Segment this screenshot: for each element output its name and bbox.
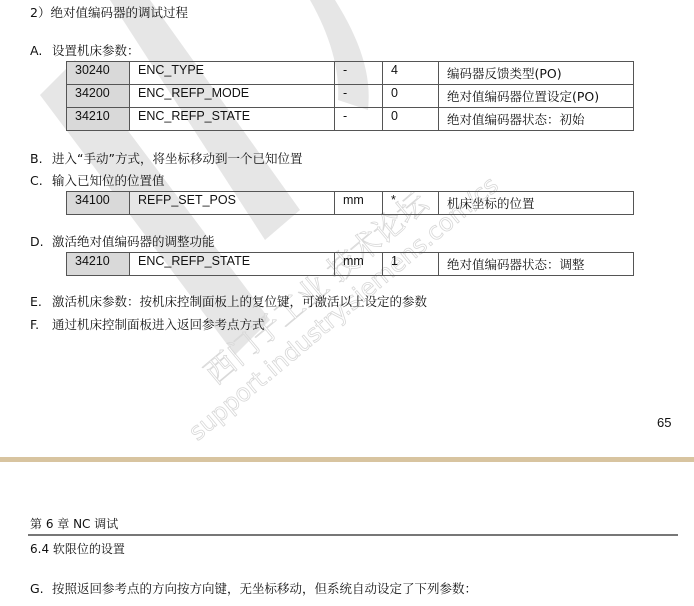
step-label: C. — [30, 173, 52, 189]
param-row: 34210ENC_REFP_STATEmm1绝对值编码器状态：调整 — [67, 253, 634, 276]
step-text: 激活机床参数：按机床控制面板上的复位键，可激活以上设定的参数 — [52, 294, 427, 309]
param-row: 34100REFP_SET_POSmm*机床坐标的位置 — [67, 192, 634, 215]
page-separator — [0, 457, 694, 462]
step-label: D. — [30, 234, 52, 250]
step-a: A.设置机床参数： — [30, 43, 140, 59]
param-table-d: 34210ENC_REFP_STATEmm1绝对值编码器状态：调整 — [66, 252, 634, 276]
page-number: 65 — [657, 415, 671, 430]
param-description: 机床坐标的位置 — [439, 192, 634, 215]
param-unit: mm — [335, 192, 383, 215]
param-description: 绝对值编码器状态：初始 — [439, 108, 634, 131]
subsection-header: 6.4 软限位的设置 — [30, 540, 125, 557]
param-unit: - — [335, 108, 383, 131]
param-value: * — [383, 192, 439, 215]
param-value: 1 — [383, 253, 439, 276]
watermark-text: 西门子工业 技术论坛 support.industry.siemens.com/… — [170, 91, 504, 401]
step-b: B.进入“手动”方式，将坐标移动到一个已知位置 — [30, 151, 302, 167]
param-name: ENC_REFP_STATE — [130, 253, 335, 276]
step-g: G.按照返回参考点的方向按方向键，无坐标移动，但系统自动设定了下列参数： — [30, 581, 477, 597]
step-d: D.激活绝对值编码器的调整功能 — [30, 234, 215, 250]
param-name: ENC_REFP_STATE — [130, 108, 335, 131]
param-description: 绝对值编码器位置设定(PO) — [439, 85, 634, 108]
param-table-a: 30240ENC_TYPE-4编码器反馈类型(PO)34200ENC_REFP_… — [66, 61, 634, 131]
param-name: ENC_REFP_MODE — [130, 85, 335, 108]
param-value: 0 — [383, 85, 439, 108]
param-unit: - — [335, 62, 383, 85]
param-name: ENC_TYPE — [130, 62, 335, 85]
step-text: 激活绝对值编码器的调整功能 — [52, 234, 215, 249]
param-row: 34200ENC_REFP_MODE-0绝对值编码器位置设定(PO) — [67, 85, 634, 108]
step-text: 输入已知位的位置值 — [52, 173, 165, 188]
step-text: 设置机床参数： — [52, 43, 140, 58]
param-number: 34200 — [67, 85, 130, 108]
step-label: B. — [30, 151, 52, 167]
param-row: 34210ENC_REFP_STATE-0绝对值编码器状态：初始 — [67, 108, 634, 131]
step-label: G. — [30, 581, 52, 597]
step-label: A. — [30, 43, 52, 59]
step-label: E. — [30, 294, 52, 310]
param-description: 绝对值编码器状态：调整 — [439, 253, 634, 276]
param-unit: mm — [335, 253, 383, 276]
param-value: 0 — [383, 108, 439, 131]
param-number: 30240 — [67, 62, 130, 85]
param-row: 30240ENC_TYPE-4编码器反馈类型(PO) — [67, 62, 634, 85]
param-description: 编码器反馈类型(PO) — [439, 62, 634, 85]
step-f: F.通过机床控制面板进入返回参考点方式 — [30, 317, 265, 333]
chapter-header: 第 6 章 NC 调试 — [30, 515, 118, 532]
step-text: 进入“手动”方式，将坐标移动到一个已知位置 — [52, 151, 302, 166]
param-value: 4 — [383, 62, 439, 85]
step-text: 按照返回参考点的方向按方向键，无坐标移动，但系统自动设定了下列参数： — [52, 581, 477, 596]
param-number: 34100 — [67, 192, 130, 215]
section-title: 2）绝对值编码器的调试过程 — [30, 5, 188, 21]
step-e: E.激活机床参数：按机床控制面板上的复位键，可激活以上设定的参数 — [30, 294, 427, 310]
step-c: C.输入已知位的位置值 — [30, 173, 165, 189]
param-name: REFP_SET_POS — [130, 192, 335, 215]
param-number: 34210 — [67, 108, 130, 131]
step-label: F. — [30, 317, 52, 333]
param-table-c: 34100REFP_SET_POSmm*机床坐标的位置 — [66, 191, 634, 215]
step-text: 通过机床控制面板进入返回参考点方式 — [52, 317, 265, 332]
header-rule — [28, 534, 678, 536]
param-number: 34210 — [67, 253, 130, 276]
param-unit: - — [335, 85, 383, 108]
